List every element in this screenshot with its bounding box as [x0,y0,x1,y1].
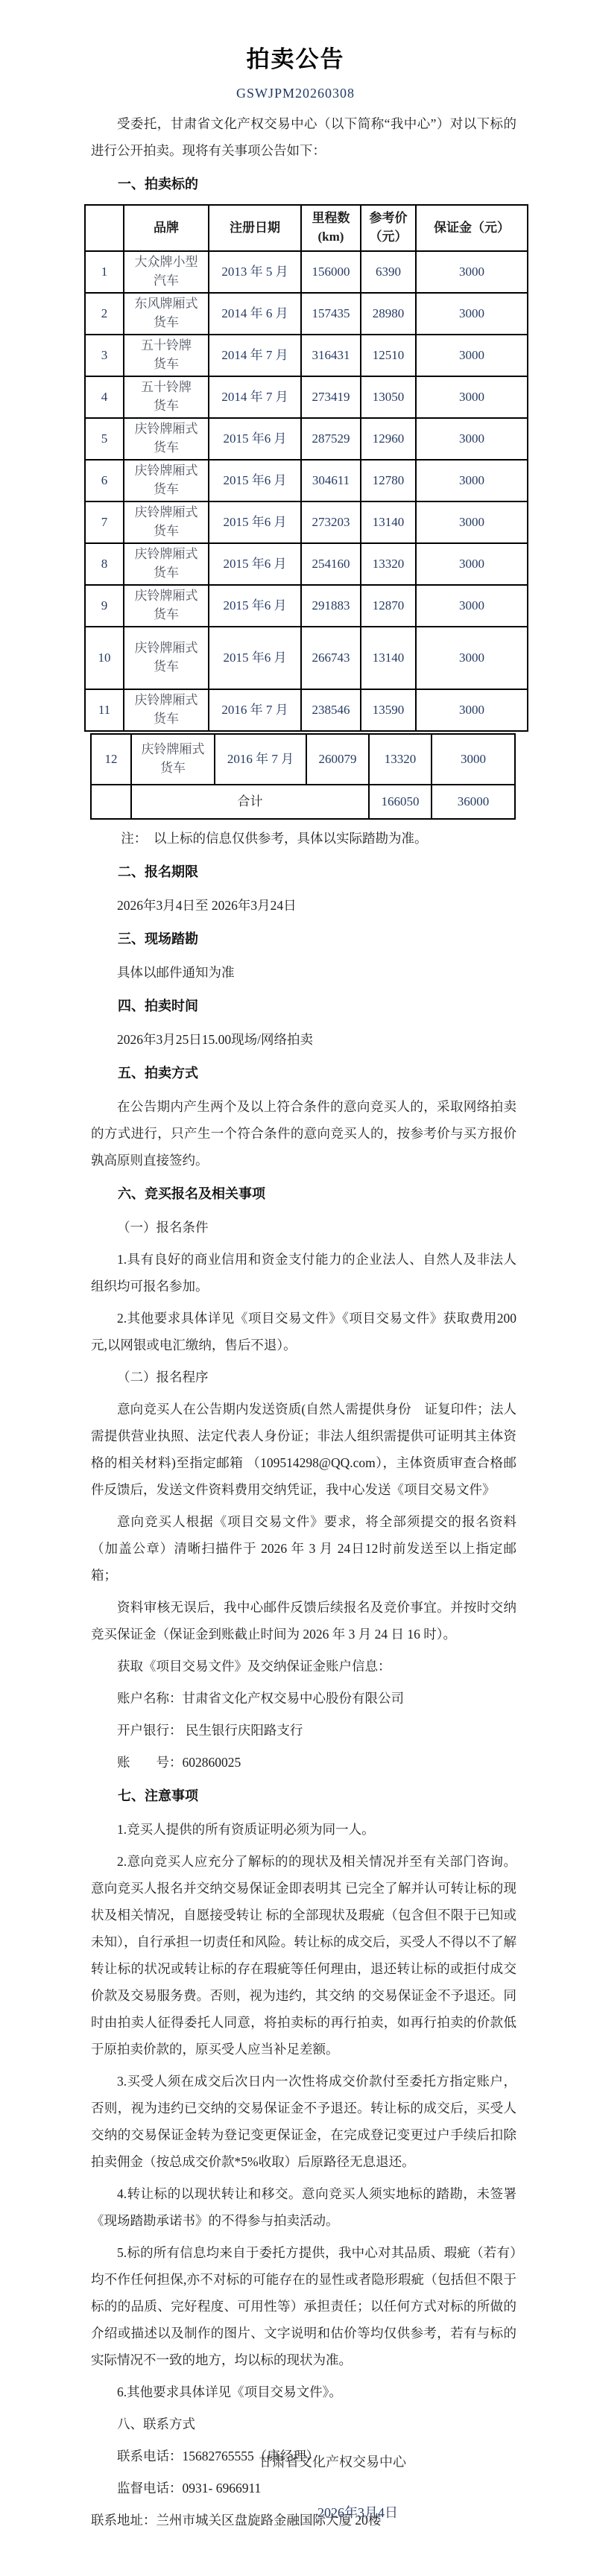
total-blank-cell [91,785,131,819]
lot-no: 12 [91,734,131,785]
lot-ref-price: 13590 [361,689,416,731]
table-row: 8 庆铃牌厢式 货车 2015 年6 月 254160 13320 3000 [85,543,528,585]
notice-paragraph-1: 1.竞买人提供的所有资质证明必须为同一人。 [91,1816,516,1843]
total-ref-price: 166050 [369,785,432,819]
lot-brand: 东风牌厢式 货车 [124,293,209,335]
lot-ref-price: 13050 [361,376,416,418]
issuer-name: 甘肃省文化产权交易中心 [259,2452,406,2471]
procedure-paragraph-2: 意向竞买人根据《项目交易文件》要求，将全部须提交的报名资料（加盖公章）清晰扫描件… [91,1508,516,1589]
account-name: 账户名称：甘肃省文化产权交易中心股份有限公司 [91,1685,516,1712]
lot-mileage: 291883 [301,585,361,627]
lot-brand: 庆铃牌厢式 货车 [124,460,209,501]
table-row: 4 五十铃牌 货车 2014 年 7 月 273419 13050 3000 [85,376,528,418]
section-4-heading: 四、拍卖时间 [91,993,516,1019]
auction-method-paragraph: 在公告期内产生两个及以上符合条件的意向竞买人的，采取网络拍卖的方式进行，只产生一… [91,1093,516,1174]
lot-deposit: 3000 [416,335,528,376]
account-info-intro: 获取《项目交易文件》及交纳保证金账户信息： [91,1653,516,1680]
lot-no: 10 [85,627,124,689]
lot-mileage: 156000 [301,251,361,293]
lot-no: 3 [85,335,124,376]
registration-period: 2026年3月4日至 2026年3月24日 [91,892,516,919]
lot-reg-date: 2015 年6 月 [209,585,301,627]
lot-mileage: 273203 [301,501,361,543]
lots-table-continued: 12 庆铃牌厢式 货车 2016 年 7 月 260079 13320 3000… [90,733,516,820]
lot-ref-price: 12960 [361,418,416,460]
intro-paragraph: 受委托，甘肃省文化产权交易中心（以下简称“我中心”）对以下标的进行公开拍卖。现将… [91,110,516,164]
total-label: 合计 [131,785,369,819]
section-1-heading: 一、拍卖标的 [91,171,516,197]
lot-brand: 庆铃牌厢式 货车 [124,543,209,585]
table-row: 12 庆铃牌厢式 货车 2016 年 7 月 260079 13320 3000 [91,734,515,785]
col-header-brand: 品牌 [124,205,209,251]
lot-no: 2 [85,293,124,335]
lot-ref-price: 13140 [361,501,416,543]
lot-deposit: 3000 [416,689,528,731]
lot-mileage: 157435 [301,293,361,335]
table-row: 6 庆铃牌厢式 货车 2015 年6 月 304611 12780 3000 [85,460,528,501]
lot-ref-price: 13140 [361,627,416,689]
lot-deposit: 3000 [416,251,528,293]
lot-reg-date: 2015 年6 月 [209,418,301,460]
lot-no: 9 [85,585,124,627]
lot-deposit: 3000 [416,627,528,689]
lot-deposit: 3000 [416,501,528,543]
lot-reg-date: 2015 年6 月 [209,627,301,689]
lot-ref-price: 13320 [361,543,416,585]
procedure-paragraph-3: 资料审核无误后，我中心邮件反馈后续报名及竞价事宜。并按时交纳竞买保证金（保证金到… [91,1594,516,1648]
lot-mileage: 238546 [301,689,361,731]
col-header-index [85,205,124,251]
notice-paragraph-3: 3.买受人须在成交后次日内一次性将成交价款付至委托方指定账户，否则，视为违约已交… [91,2068,516,2175]
lot-no: 6 [85,460,124,501]
lot-brand: 庆铃牌厢式 货车 [124,627,209,689]
table-row: 1 大众牌小型 汽车 2013 年 5 月 156000 6390 3000 [85,251,528,293]
subsection-6-1-heading: （一）报名条件 [91,1214,516,1241]
lot-mileage: 304611 [301,460,361,501]
lot-reg-date: 2014 年 7 月 [209,376,301,418]
lot-ref-price: 12510 [361,335,416,376]
section-6-heading: 六、竞买报名及相关事项 [91,1180,516,1207]
table-row: 3 五十铃牌 货车 2014 年 7 月 316431 12510 3000 [85,335,528,376]
lot-no: 8 [85,543,124,585]
site-survey-note: 具体以邮件通知为准 [91,959,516,986]
issue-date: 2026年3月4日 [317,2502,398,2522]
lot-brand: 庆铃牌厢式 货车 [124,501,209,543]
lot-ref-price: 12780 [361,460,416,501]
lot-deposit: 3000 [432,734,515,785]
lot-mileage: 273419 [301,376,361,418]
supervise-phone: 监督电话：0931- 6966911 [91,2475,516,2501]
total-deposit: 36000 [432,785,515,819]
table-row: 7 庆铃牌厢式 货车 2015 年6 月 273203 13140 3000 [85,501,528,543]
col-header-mileage: 里程数 (km) [301,205,361,251]
notice-paragraph-2: 2.意向竞买人应充分了解标的的现状及相关情况并至有关部门咨询。意向竞买人报名并交… [91,1848,516,2063]
section-7-heading: 七、注意事项 [91,1782,516,1809]
lot-mileage: 316431 [301,335,361,376]
lot-mileage: 260079 [306,734,369,785]
account-bank: 开户银行： 民生银行庆阳路支行 [91,1717,516,1744]
document-body: 受委托，甘肃省文化产权交易中心（以下简称“我中心”）对以下标的进行公开拍卖。现将… [91,110,516,2534]
lot-deposit: 3000 [416,293,528,335]
lot-reg-date: 2015 年6 月 [209,501,301,543]
subsection-6-2-heading: （二）报名程序 [91,1364,516,1390]
table-row: 11 庆铃牌厢式 货车 2016 年 7 月 238546 13590 3000 [85,689,528,731]
table-row: 2 东风牌厢式 货车 2014 年 6 月 157435 28980 3000 [85,293,528,335]
section-2-heading: 二、报名期限 [91,858,516,885]
lot-reg-date: 2014 年 6 月 [209,293,301,335]
condition-paragraph-1: 1.具有良好的商业信用和资金支付能力的企业法人、自然人及非法人组织均可报名参加。 [91,1246,516,1300]
account-number: 账 号：602860025 [91,1749,516,1776]
lot-brand: 庆铃牌厢式 货车 [124,585,209,627]
lot-mileage: 266743 [301,627,361,689]
col-header-reg-date: 注册日期 [209,205,301,251]
procedure-paragraph-1: 意向竞买人在公告期内发送资质(自然人需提供身份 证复印件；法人需提供营业执照、法… [91,1396,516,1503]
table-note: 注： 以上标的信息仅供参考，具体以实际踏勘为准。 [91,825,516,852]
section-8-heading: 八、联系方式 [91,2411,516,2437]
notice-paragraph-4: 4.转让标的以现状转让和移交。意向竞买人须实地标的踏勘，未签署《现场踏勘承诺书》… [91,2180,516,2234]
lot-brand: 庆铃牌厢式 货车 [131,734,215,785]
lot-ref-price: 12870 [361,585,416,627]
lot-deposit: 3000 [416,543,528,585]
lot-brand: 五十铃牌 货车 [124,376,209,418]
col-header-deposit: 保证金（元） [416,205,528,251]
lot-no: 1 [85,251,124,293]
contact-address: 联系地址：兰州市城关区盘旋路金融国际大厦 20楼 [91,2507,516,2534]
section-3-heading: 三、现场踏勘 [91,925,516,952]
auction-announcement-page: 拍卖公告 GSWJPM20260308 受委托，甘肃省文化产权交易中心（以下简称… [0,0,591,2576]
lot-reg-date: 2013 年 5 月 [209,251,301,293]
doc-number: GSWJPM20260308 [0,86,591,101]
lot-no: 5 [85,418,124,460]
section-5-heading: 五、拍卖方式 [91,1060,516,1086]
lot-mileage: 254160 [301,543,361,585]
lot-no: 11 [85,689,124,731]
lot-ref-price: 13320 [369,734,432,785]
lot-ref-price: 6390 [361,251,416,293]
lot-brand: 庆铃牌厢式 货车 [124,689,209,731]
lot-no: 4 [85,376,124,418]
lot-deposit: 3000 [416,585,528,627]
lot-deposit: 3000 [416,460,528,501]
lot-brand: 五十铃牌 货车 [124,335,209,376]
lot-reg-date: 2015 年6 月 [209,543,301,585]
lot-ref-price: 28980 [361,293,416,335]
lot-brand: 大众牌小型 汽车 [124,251,209,293]
lot-no: 7 [85,501,124,543]
notice-paragraph-5: 5.标的所有信息均来自于委托方提供，我中心对其品质、瑕疵（若有）均不作任何担保,… [91,2239,516,2373]
lot-mileage: 287529 [301,418,361,460]
lot-reg-date: 2016 年 7 月 [209,689,301,731]
lot-reg-date: 2014 年 7 月 [209,335,301,376]
notice-paragraph-6: 6.其他要求具体详见《项目交易文件》。 [91,2379,516,2405]
lot-reg-date: 2016 年 7 月 [215,734,306,785]
lot-deposit: 3000 [416,418,528,460]
page-title: 拍卖公告 [0,0,591,74]
table-row: 10 庆铃牌厢式 货车 2015 年6 月 266743 13140 3000 [85,627,528,689]
lot-reg-date: 2015 年6 月 [209,460,301,501]
col-header-ref-price: 参考价 （元） [361,205,416,251]
auction-time: 2026年3月25日15.00现场/网络拍卖 [91,1026,516,1053]
table-header-row: 品牌 注册日期 里程数 (km) 参考价 （元） 保证金（元） [85,205,528,251]
table-row: 5 庆铃牌厢式 货车 2015 年6 月 287529 12960 3000 [85,418,528,460]
lots-table: 品牌 注册日期 里程数 (km) 参考价 （元） 保证金（元） 1 大众牌小型 … [84,204,528,732]
lot-brand: 庆铃牌厢式 货车 [124,418,209,460]
table-row: 9 庆铃牌厢式 货车 2015 年6 月 291883 12870 3000 [85,585,528,627]
condition-paragraph-2: 2.其他要求具体详见《项目交易文件》《项目交易文件》获取费用200元,以网银或电… [91,1305,516,1358]
table-total-row: 合计 166050 36000 [91,785,515,819]
lot-deposit: 3000 [416,376,528,418]
